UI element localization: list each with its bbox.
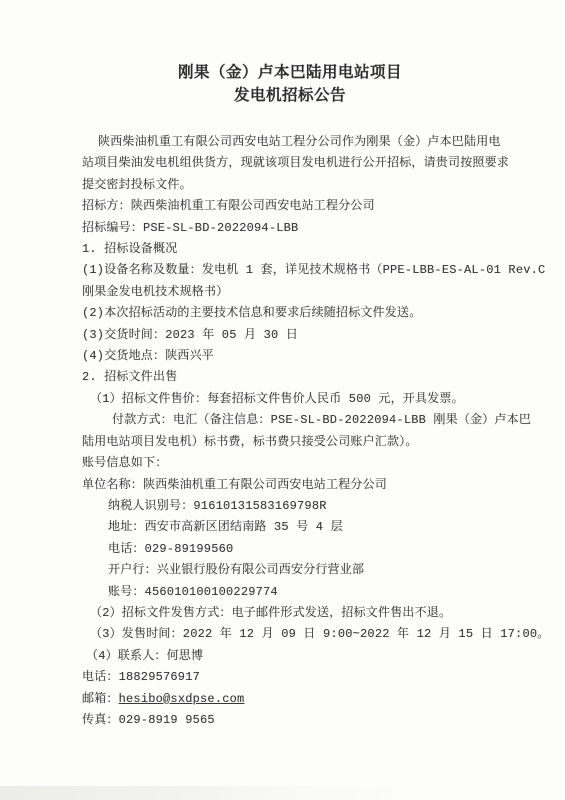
email-label: 邮箱： [82,692,119,706]
company-phone: 电话：029-89199560 [82,539,498,560]
section2-heading: 2. 招标文件出售 [82,367,498,388]
equipment-item-line2: 刚果金发电机技术规格书） [82,282,498,303]
payment-method-line1: 付款方式：电汇（备注信息：PSE-SL-BD-2022094-LBB 刚果（金）… [82,410,498,431]
page-title: 刚果（金）卢本巴陆用电站项目 发电机招标公告 [82,62,498,108]
account-number: 账号：456010100100229774 [82,582,498,603]
company-address: 地址：西安市高新区团结南路 35 号 4 层 [82,517,498,538]
email-link[interactable]: hesibo@sxdpse.com [119,692,245,706]
document-content: 刚果（金）卢本巴陆用电站项目 发电机招标公告 陕西柴油机重工有限公司西安电站工程… [82,62,498,731]
page-title-line1: 刚果（金）卢本巴陆用电站项目 [82,62,498,85]
section1-heading: 1. 招标设备概况 [82,239,498,260]
account-info-label: 账号信息如下： [82,453,498,474]
contact-phone: 电话：18829576917 [82,667,498,688]
technical-info-item: (2)本次招标活动的主要技术信息和要求后续随招标文件发送。 [82,303,498,324]
bank-name: 开户行：兴业银行股份有限公司西安分行营业部 [82,560,498,581]
document-price-item: （1）招标文件售价：每套招标文件售价人民币 500 元，开具发票。 [82,389,498,410]
company-name: 单位名称：陕西柴油机重工有限公司西安电站工程分公司 [82,475,498,496]
tender-number: 招标编号：PSE-SL-BD-2022094-LBB [82,218,498,239]
intro-paragraph-line3: 提交密封投标文件。 [82,175,498,196]
tender-party: 招标方：陕西柴油机重工有限公司西安电站工程分公司 [82,196,498,217]
equipment-item-line1: (1)设备名称及数量：发电机 1 套，详见技术规格书（PPE-LBB-ES-AL… [82,260,498,281]
contact-person-item: （4）联系人：何思博 [82,646,498,667]
delivery-time-item: (3)交货时间：2023 年 05 月 30 日 [82,325,498,346]
sale-method-item: （2）招标文件发售方式：电子邮件形式发送，招标文件售出不退。 [82,603,498,624]
sale-time-item: （3）发售时间：2022 年 12 月 09 日 9:00~2022 年 12 … [82,624,498,645]
intro-paragraph-line2: 站项目柴油发电机组供货方，现就该项目发电机进行公开招标，请贵司按照要求 [82,153,498,174]
payment-method-line2: 陆用电站项目发电机）标书费，标书费只接受公司账户汇款）。 [82,432,498,453]
delivery-place-item: (4)交货地点：陕西兴平 [82,346,498,367]
tax-id: 纳税人识别号：91610131583169798R [82,496,498,517]
contact-email-line: 邮箱：hesibo@sxdpse.com [82,689,498,710]
scan-edge-artifact [0,786,565,800]
intro-paragraph-line1: 陕西柴油机重工有限公司西安电站工程分公司作为刚果（金）卢本巴陆用电 [82,132,498,153]
page-title-line2: 发电机招标公告 [82,85,498,108]
document-page: 刚果（金）卢本巴陆用电站项目 发电机招标公告 陕西柴油机重工有限公司西安电站工程… [0,0,565,800]
contact-fax: 传真：029-8919 9565 [82,710,498,731]
